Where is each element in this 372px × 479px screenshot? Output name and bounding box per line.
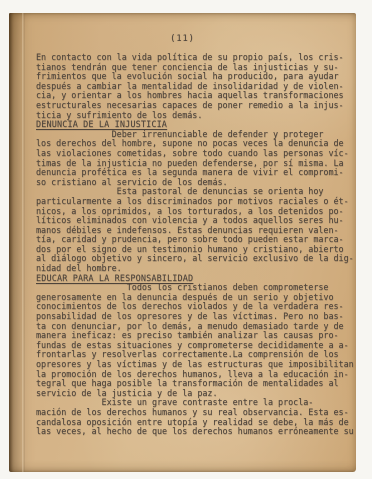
page-text: En contacto con la vida política de su p… <box>36 53 354 437</box>
scanned-page-sheet: (11) En contacto con la vida política de… <box>9 13 356 472</box>
page-number: (11) <box>9 34 356 44</box>
text-line: las veces, al hecho de que los derechos … <box>36 427 354 437</box>
